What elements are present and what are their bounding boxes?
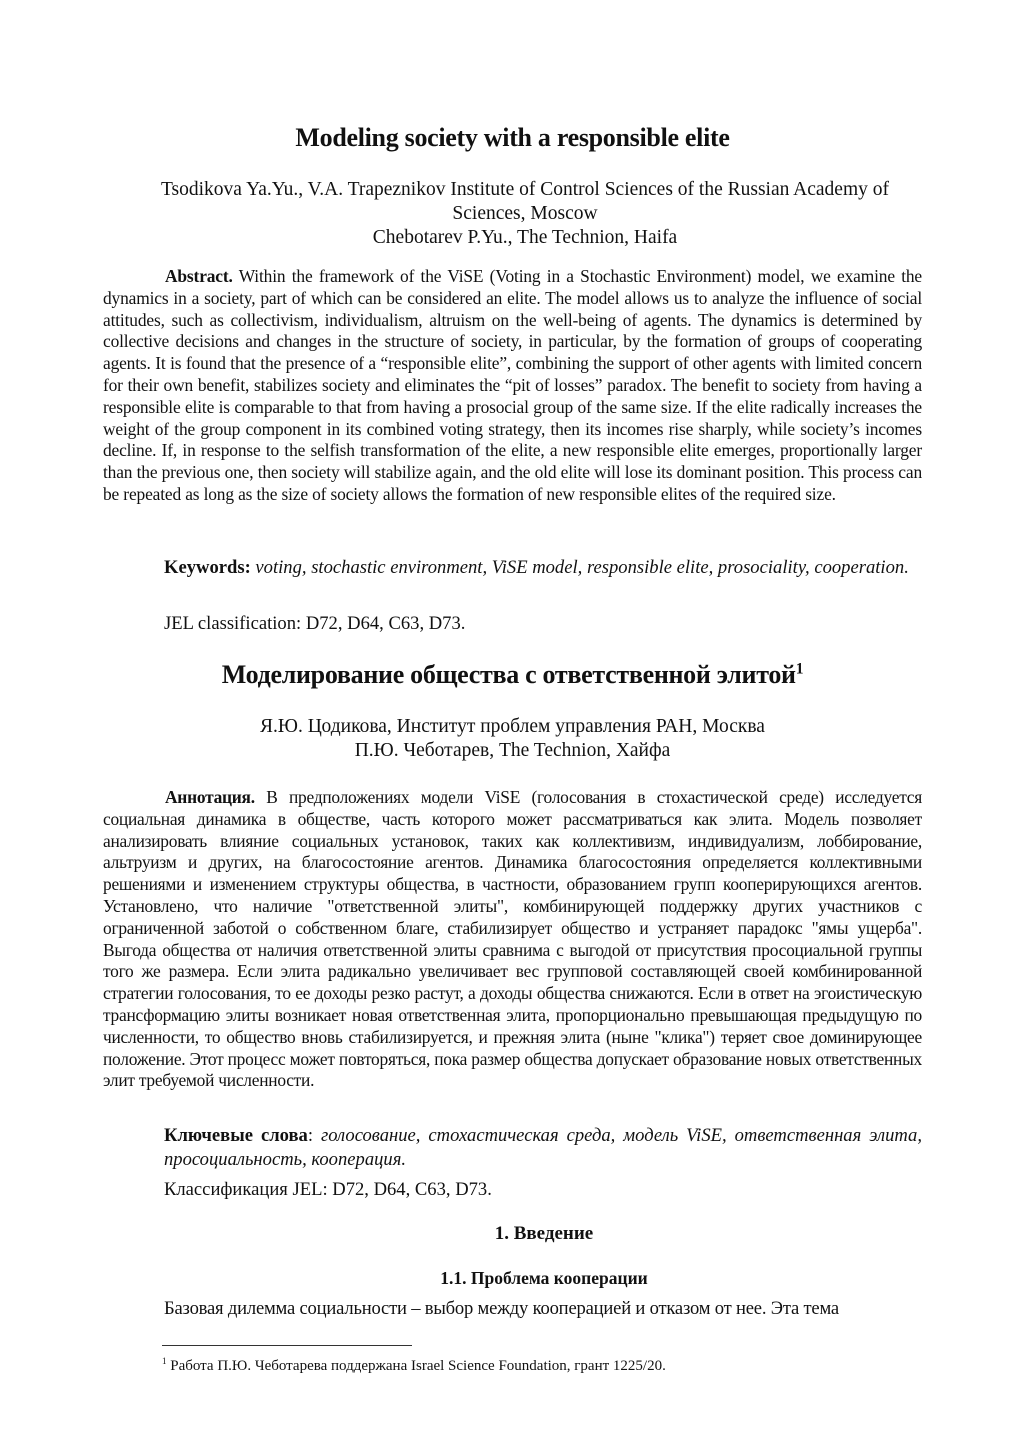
body-paragraph-first-line: Базовая дилемма социальности – выбор меж… xyxy=(164,1297,924,1321)
russian-abstract: Аннотация. В предположениях модели ViSE … xyxy=(103,787,922,1092)
english-keywords-text: voting, stochastic environment, ViSE mod… xyxy=(255,557,908,578)
english-keywords: Keywords: voting, stochastic environment… xyxy=(164,556,922,580)
russian-author-2: П.Ю. Чеботарев, The Technion, Хайфа xyxy=(103,739,922,763)
russian-abstract-label: Аннотация. xyxy=(165,787,255,807)
english-abstract-text: Within the framework of the ViSE (Voting… xyxy=(103,266,922,504)
english-title: Modeling society with a responsible elit… xyxy=(103,123,922,153)
english-authors: Tsodikova Ya.Yu., V.A. Trapeznikov Insti… xyxy=(125,178,925,250)
english-abstract: Abstract. Within the framework of the Vi… xyxy=(103,266,922,506)
english-author-2: Chebotarev P.Yu., The Technion, Haifa xyxy=(125,226,925,250)
footnote-text: Работа П.Ю. Чеботарева поддержана Israel… xyxy=(170,1358,666,1374)
english-keywords-label: Keywords: xyxy=(164,557,251,578)
paper-page: Modeling society with a responsible elit… xyxy=(0,0,1024,1448)
russian-title-footnote-mark[interactable]: 1 xyxy=(796,660,804,677)
footnote-divider xyxy=(162,1345,412,1346)
subsection-heading-cooperation-problem: 1.1. Проблема кооперации xyxy=(164,1267,924,1289)
english-author-1: Tsodikova Ya.Yu., V.A. Trapeznikov Insti… xyxy=(125,178,925,226)
russian-author-1: Я.Ю. Цодикова, Институт проблем управлен… xyxy=(103,715,922,739)
russian-keywords: Ключевые слова: голосование, стохастичес… xyxy=(164,1124,922,1172)
footnote-mark: 1 xyxy=(162,1356,167,1366)
english-jel-classification: JEL classification: D72, D64, C63, D73. xyxy=(164,612,922,636)
russian-keywords-label: Ключевые слова xyxy=(164,1125,308,1146)
footnote: 1 Работа П.Ю. Чеботарева поддержана Isra… xyxy=(162,1356,922,1376)
russian-title: Моделирование общества с ответственной э… xyxy=(103,660,922,690)
russian-authors: Я.Ю. Цодикова, Институт проблем управлен… xyxy=(103,715,922,763)
russian-jel-classification: Классификация JEL: D72, D64, C63, D73. xyxy=(164,1178,922,1202)
russian-abstract-text: В предположениях модели ViSE (голосовани… xyxy=(103,787,922,1090)
russian-title-text: Моделирование общества с ответственной э… xyxy=(222,660,796,689)
section-heading-introduction: 1. Введение xyxy=(164,1222,924,1246)
english-abstract-label: Abstract. xyxy=(165,266,233,286)
